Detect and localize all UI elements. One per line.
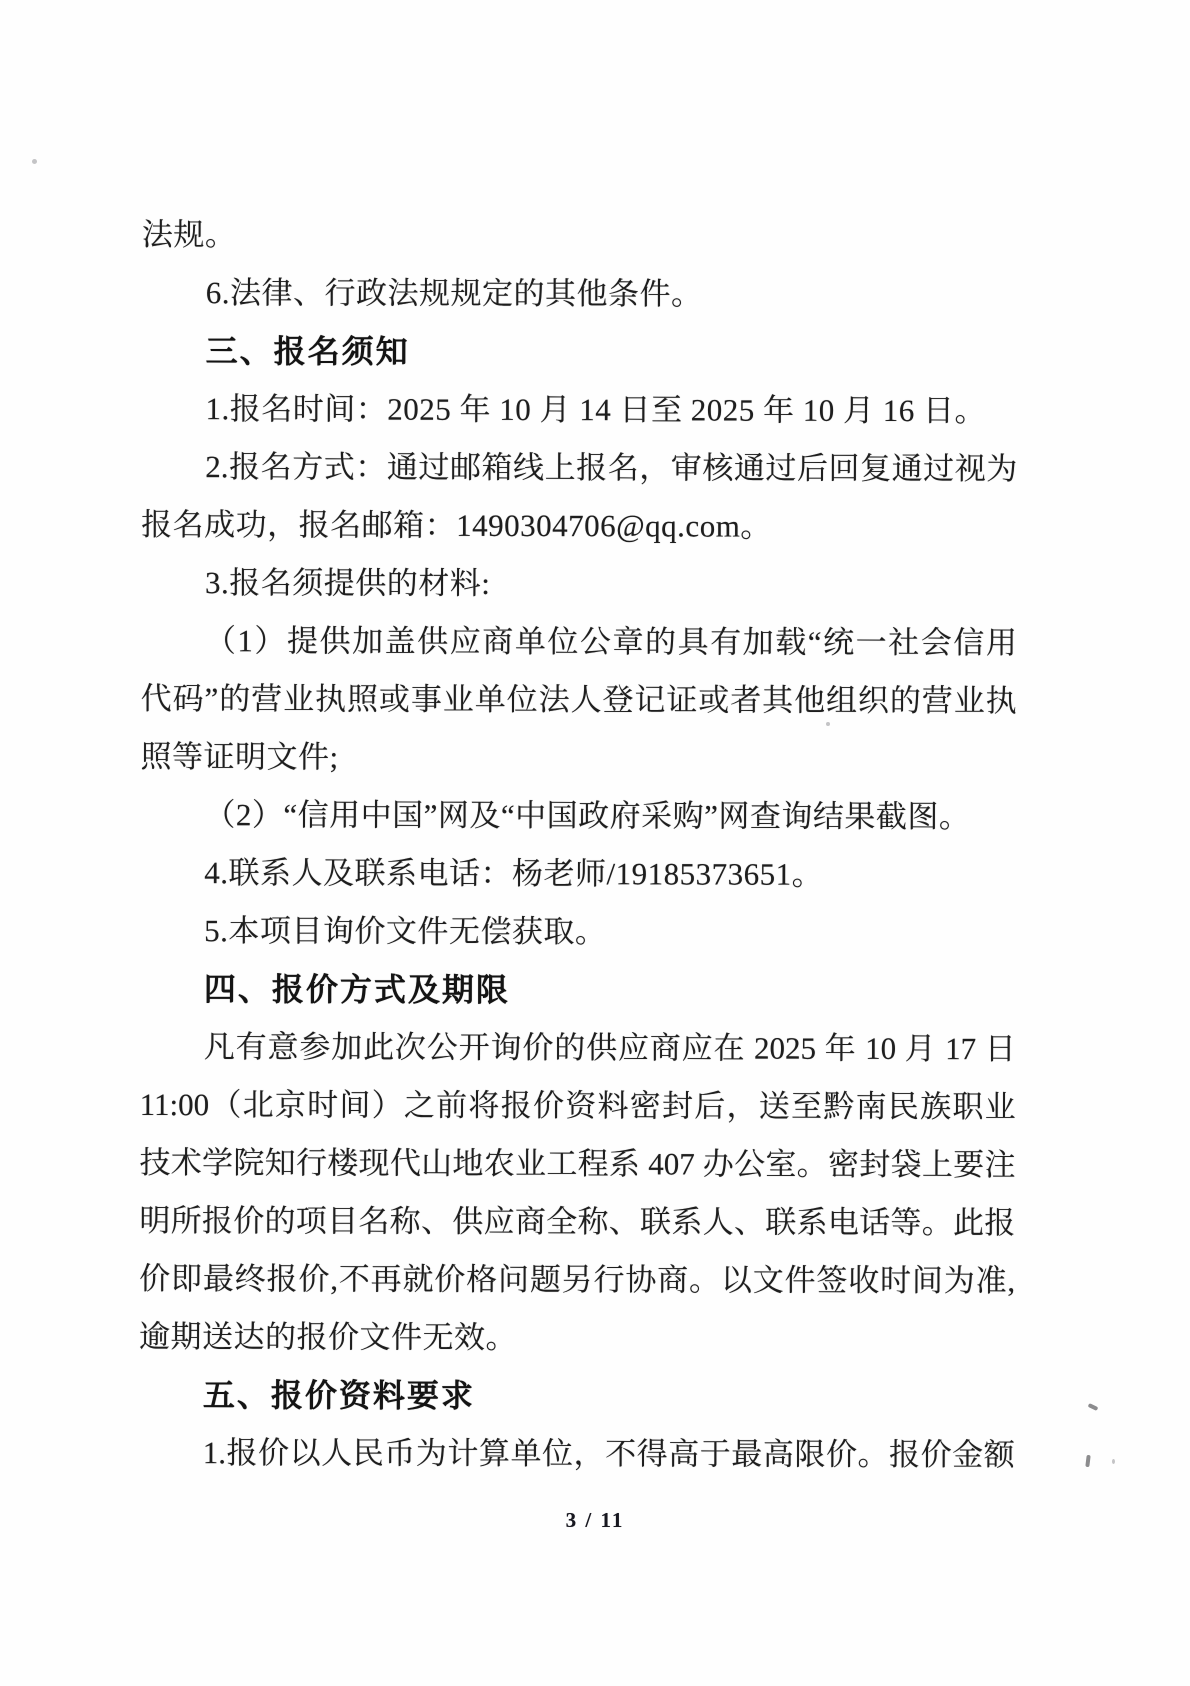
scan-speck <box>1088 1403 1099 1411</box>
text-line: 3.报名须提供的材料: <box>141 554 1017 614</box>
text-line: 凡有意参加此次公开询价的供应商应在 2025 年 10 月 17 日 <box>140 1018 1016 1078</box>
text-line: 照等证明文件; <box>140 728 1016 788</box>
text-line: 逾期送达的报价文件无效。 <box>139 1308 1015 1368</box>
scanned-document-page: 法规。 6.法律、行政法规规定的其他条件。 三、报名须知 1.报名时间：2025… <box>0 0 1190 1686</box>
scan-speck <box>1112 1459 1115 1464</box>
text-line: （1）提供加盖供应商单位公章的具有加载“统一社会信用 <box>141 612 1017 672</box>
text-line: 5.本项目询价文件无偿获取。 <box>140 902 1016 962</box>
text-line: 代码”的营业执照或事业单位法人登记证或者其他组织的营业执 <box>141 670 1017 730</box>
text-line: 价即最终报价,不再就价格问题另行协商。以文件签收时间为准, <box>139 1250 1015 1310</box>
document-body: 法规。 6.法律、行政法规规定的其他条件。 三、报名须知 1.报名时间：2025… <box>139 206 1018 1484</box>
scan-speck <box>32 159 37 164</box>
text-line: 技术学院知行楼现代山地农业工程系 407 办公室。密封袋上要注 <box>139 1134 1015 1194</box>
text-line: 6.法律、行政法规规定的其他条件。 <box>142 264 1018 324</box>
text-line: 2.报名方式：通过邮箱线上报名，审核通过后回复通过视为 <box>141 438 1017 498</box>
scan-speck <box>826 722 830 726</box>
text-line: （2）“信用中国”网及“中国政府采购”网查询结果截图。 <box>140 786 1016 846</box>
text-line: 1.报价以人民币为计算单位，不得高于最高限价。报价金额 <box>139 1424 1015 1484</box>
page-number: 3 / 11 <box>0 1508 1190 1533</box>
text-line: 11:00（北京时间）之前将报价资料密封后，送至黔南民族职业 <box>140 1076 1016 1136</box>
text-line: 1.报名时间：2025 年 10 月 14 日至 2025 年 10 月 16 … <box>141 380 1017 440</box>
text-line: 明所报价的项目名称、供应商全称、联系人、联系电话等。此报 <box>139 1192 1015 1252</box>
text-line-email: 报名成功，报名邮箱：1490304706@qq.com。 <box>141 496 1017 556</box>
section-heading-quotation-requirements: 五、报价资料要求 <box>139 1366 1015 1426</box>
scan-speck <box>1085 1455 1090 1467</box>
text-line-contact: 4.联系人及联系电话：杨老师/19185373651。 <box>140 844 1016 904</box>
section-heading-quotation-method: 四、报价方式及期限 <box>140 960 1016 1020</box>
section-heading-registration: 三、报名须知 <box>142 322 1018 382</box>
text-line: 法规。 <box>142 206 1018 266</box>
